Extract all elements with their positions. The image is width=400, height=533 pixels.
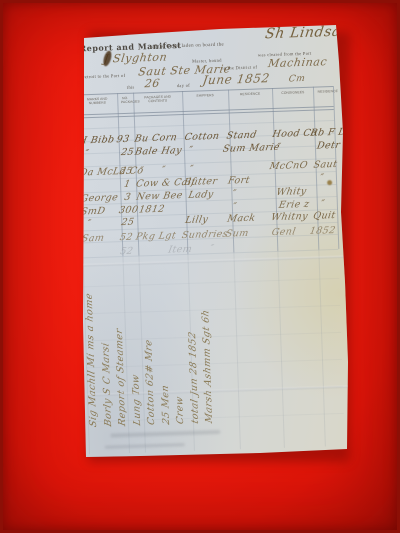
column-header-label: Consignees [281, 91, 304, 95]
printed-text: this [127, 85, 135, 90]
manifest-row-cell: ″ [231, 188, 237, 199]
column-header-label: Marks and Numbers [86, 97, 108, 105]
printed-text: of the Cargo laden on board the [151, 43, 224, 50]
manifest-row-cell: ″ [161, 165, 167, 176]
manifest-row-cell: 1852 [309, 225, 337, 237]
manifest-row-cell: 25 [120, 217, 135, 228]
manifest-row-cell: Lady [187, 189, 214, 201]
manifest-row-cell: Bale Hay [134, 145, 183, 158]
manifest-row-cell: Whity [275, 186, 307, 198]
manifest-row-cell: SmD [80, 206, 106, 218]
manifest-row-cell: Sum Marie [222, 142, 281, 155]
manifest-row-cell: Whitny [270, 211, 309, 223]
table-row-rule [79, 145, 335, 154]
handwritten-text: J Slyghton [103, 50, 168, 65]
manifest-document: June 24, 1852Sh LindsayReport and Manife… [80, 22, 350, 460]
manifest-row-cell: Stand [226, 130, 258, 142]
handwritten-text: June 1852 [202, 71, 271, 87]
manifest-row-cell: Pkg Lgt [135, 230, 177, 242]
manifest-row-cell: Detr [316, 140, 341, 152]
manifest-row-cell: 52 [119, 232, 134, 243]
manifest-row-cell: McCnO [269, 160, 309, 172]
manifest-row-cell: Sum [225, 228, 250, 240]
manifest-row-cell: ″ [232, 201, 238, 212]
manifest-row-cell: Bu Corn [134, 132, 179, 144]
handwritten-text: Machinac [267, 55, 328, 70]
manifest-row-cell: Butter [183, 176, 218, 188]
manifest-row-cell: Lilly [184, 214, 209, 226]
manifest-row-cell: Item [167, 244, 193, 256]
manifest-row-cell: Quit [312, 210, 336, 222]
manifest-row-cell: Cotton [184, 131, 221, 143]
handwritten-text: 26 [144, 77, 161, 91]
column-header-label: Shippers [192, 94, 217, 98]
manifest-row-cell: ″ [189, 164, 195, 175]
column-header-label: No. Packages [121, 97, 130, 105]
printed-text: day of [177, 83, 190, 88]
manifest-row-cell: ″ [319, 172, 325, 183]
manifest-row-cell: ″ [320, 198, 326, 209]
printed-text: in the District of [222, 65, 257, 71]
manifest-row-cell: 93 [116, 134, 131, 145]
rotated-docket-endorsement: Sig Machll Mi ms a homeBorly S C MarsiRe… [82, 273, 223, 427]
manifest-row-cell: 52 [119, 246, 134, 257]
manifest-row-cell: 25 [120, 147, 135, 158]
manifest-row-cell: Fort [227, 175, 251, 187]
manifest-row-cell: 3 [124, 192, 132, 203]
column-header-label: Residence [318, 90, 329, 94]
manifest-row-cell: Genl [271, 226, 297, 238]
manifest-row-cell: 1812 [138, 204, 166, 216]
manifest-row-cell: Da McLd Co [79, 165, 145, 178]
manifest-row-cell: Sundries [181, 229, 229, 242]
manifest-row-cell: ″ [139, 165, 145, 176]
manifest-row-cell: George [80, 192, 120, 204]
column-header-label: Packages and Contents [144, 95, 171, 103]
manifest-row-cell: Mack [226, 213, 256, 225]
handwritten-text: Cm [288, 74, 306, 85]
manifest-row-cell: Erie z [278, 199, 311, 211]
manifest-row-cell: 300 [118, 204, 139, 216]
manifest-row-cell: New Bee [136, 190, 184, 203]
manifest-row-cell: Saut [313, 159, 339, 171]
manifest-row-cell: 1 [123, 179, 131, 190]
manifest-row-cell: ″ [86, 218, 92, 229]
column-header-label: Residence [238, 92, 262, 96]
document-content: June 24, 1852Sh LindsayReport and Manife… [73, 18, 357, 465]
manifest-row-cell: 25 [119, 166, 134, 177]
manifest-row-cell: Sam [81, 233, 105, 245]
pencil-smudge [110, 430, 220, 438]
